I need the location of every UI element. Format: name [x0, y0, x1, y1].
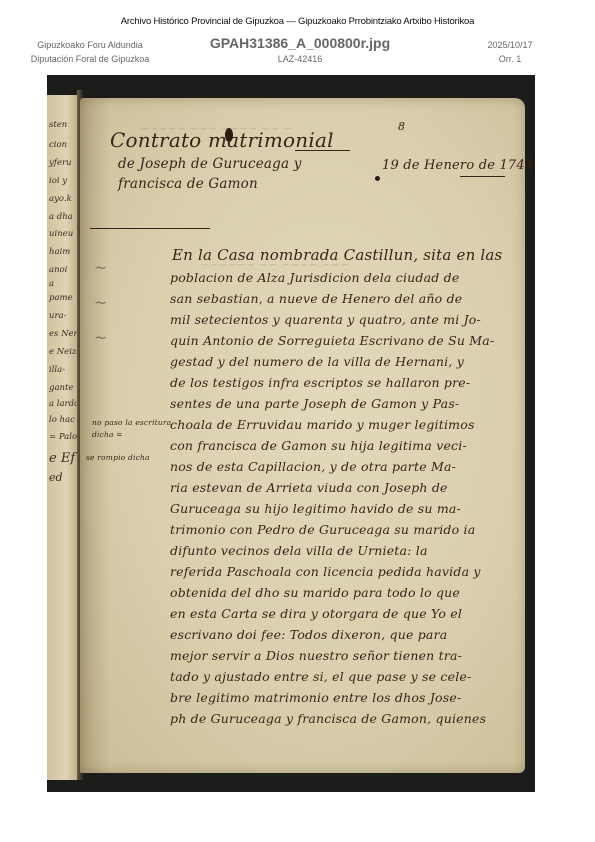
left-fragment: es Nen [49, 329, 79, 339]
body-line: de los testigos infra escriptos se halla… [170, 375, 470, 390]
date-underline [460, 176, 505, 177]
institution-basque: Gipuzkoako Foru Aldundia [20, 38, 160, 52]
left-fragment: ayo.k [49, 194, 72, 204]
archive-title: Archivo Histórico Provincial de Gipuzkoa… [0, 16, 595, 27]
margin-note: se rompio dicha [86, 453, 150, 462]
body-line: mil setecientos y quarenta y quatro, ant… [170, 312, 481, 327]
reference-code: LAZ-42416 [180, 52, 420, 66]
body-line: ph de Guruceaga y francisca de Gamon, qu… [170, 711, 486, 726]
left-page-fragment: sten cion yferu ioi y ayo.k a dha uineu … [47, 95, 79, 780]
margin-flourish: ~ [94, 258, 108, 277]
left-fragment: anoi [49, 265, 67, 275]
separator-rule [90, 228, 210, 229]
body-line: En la Casa nombrada Castillun, sita en l… [172, 246, 502, 264]
heading-flourish [295, 150, 350, 151]
body-line: san sebastian, a nueve de Henero del año… [170, 291, 462, 306]
body-line: referida Paschoala con licencia pedida h… [170, 564, 481, 579]
body-line: sentes de una parte Joseph de Gamon y Pa… [170, 396, 459, 411]
date-block: 2025/10/17 Orr. 1 [470, 38, 550, 66]
date-note: 19 de Henero de 1744 [382, 158, 533, 173]
left-fragment: gante [49, 383, 73, 393]
body-line: tado y ajustado entre si, el que pase y … [170, 669, 471, 684]
body-line: poblacion de Alza Jurisdicion dela ciuda… [170, 270, 459, 285]
page-number: Orr. 1 [470, 52, 550, 66]
manuscript-page: ~ ~~ ~~~~ ~~~ ~~~~~ ~~~ ~~~~ ~~ ~~~~~~ C… [80, 98, 525, 773]
body-line: quin Antonio de Sorreguieta Escrivano de… [170, 333, 494, 348]
ink-blot [225, 128, 233, 142]
left-fragment: illa- [49, 365, 65, 375]
folio-mark: 8 [398, 120, 405, 133]
body-line: en esta Carta se dira y otorgara de que … [170, 606, 462, 621]
filename: GPAH31386_A_000800r.jpg [180, 34, 420, 52]
heading-line-3: francisca de Gamon [118, 176, 258, 192]
left-fragment: e Ef [49, 451, 75, 466]
heading-line-1: Contrato matrimonial [110, 128, 334, 152]
institution-block: Gipuzkoako Foru Aldundia Diputación Fora… [20, 38, 160, 66]
margin-flourish: ~ [94, 293, 108, 312]
left-fragment: sten [49, 120, 67, 130]
print-date: 2025/10/17 [470, 38, 550, 52]
margin-flourish: ~ [94, 328, 108, 347]
body-line: gestad y del numero de la villa de Herna… [170, 354, 464, 369]
heading-line-2: de Joseph de Guruceaga y [118, 156, 302, 172]
margin-note: no paso la escritura [92, 418, 171, 427]
institution-spanish: Diputación Foral de Gipuzkoa [20, 52, 160, 66]
body-line: con francisca de Gamon su hija legitima … [170, 438, 467, 453]
left-fragment: ed [49, 471, 63, 484]
file-info: GPAH31386_A_000800r.jpg LAZ-42416 [180, 34, 420, 66]
body-line: nos de esta Capillacion, y de otra parte… [170, 459, 456, 474]
left-fragment: haim [49, 247, 70, 257]
margin-note: dicha = [92, 430, 123, 439]
body-line: Guruceaga su hijo legitimo havido de su … [170, 501, 461, 516]
body-line: choala de Erruvidau marido y muger legit… [170, 417, 475, 432]
left-fragment: pame [49, 293, 73, 303]
left-fragment: yferu [49, 158, 72, 168]
body-line: trimonio con Pedro de Guruceaga su marid… [170, 522, 475, 537]
left-fragment: lo hac [49, 415, 75, 425]
left-fragment: ioi y [49, 176, 67, 186]
manuscript-scan: sten cion yferu ioi y ayo.k a dha uineu … [47, 75, 535, 792]
body-line: difunto vecinos dela villa de Urnieta: l… [170, 543, 428, 558]
ink-dot [375, 176, 380, 181]
left-fragment: cion [49, 140, 67, 150]
body-line: ria estevan de Arrieta viuda con Joseph … [170, 480, 448, 495]
body-line: obtenida del dho su marido para todo lo … [170, 585, 460, 600]
left-fragment: ura- [49, 311, 66, 321]
body-line: mejor servir a Dios nuestro señor tienen… [170, 648, 462, 663]
left-fragment: a [49, 279, 54, 289]
left-fragment: a lardo [49, 399, 79, 409]
body-line: escrivano doi fee: Todos dixeron, que pa… [170, 627, 447, 642]
body-line: bre legitimo matrimonio entre los dhos J… [170, 690, 461, 705]
left-fragment: a dha [49, 212, 73, 222]
left-fragment: uineu [49, 229, 73, 239]
